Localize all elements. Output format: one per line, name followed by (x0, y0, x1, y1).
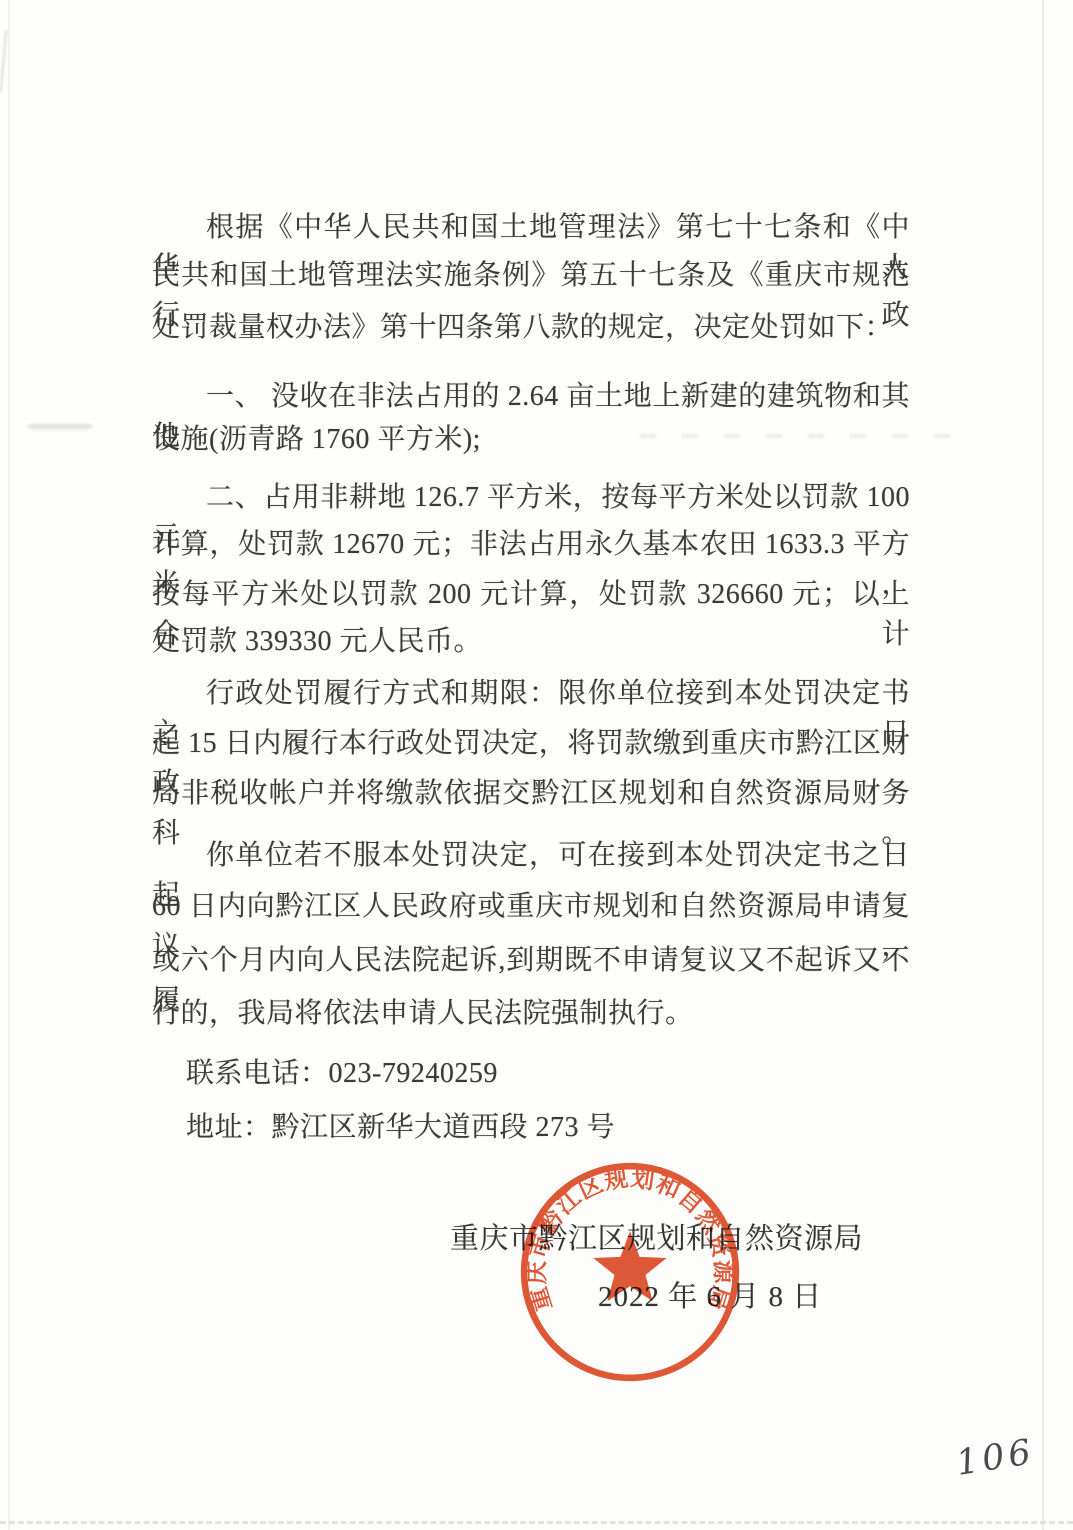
body-line: 处罚款 339330 元人民币。 (152, 622, 910, 662)
body-line: 设施(沥青路 1760 平方米); (152, 420, 910, 460)
official-seal-stamp: 重庆市黔江区规划和自然资源局 (516, 1158, 744, 1386)
scan-bottom-edge-line (0, 1521, 1073, 1524)
body-line: 行的，我局将依法申请人民法院强制执行。 (152, 994, 910, 1034)
scan-smudge (0, 30, 8, 92)
contact-phone-line: 联系电话：023-79240259 (152, 1054, 910, 1094)
scanned-document-page: 根据《中华人民共和国土地管理法》第七十七条和《中华人 民共和国土地管理法实施条例… (0, 0, 1073, 1530)
scan-smudge (28, 424, 92, 429)
handwritten-page-number: 106 (953, 1432, 1037, 1484)
contact-address-line: 地址：黔江区新华大道西段 273 号 (152, 1108, 910, 1148)
star-icon (593, 1231, 666, 1301)
scan-right-edge-line (1042, 0, 1044, 1530)
body-line: 处罚裁量权办法》第十四条第八款的规定，决定处罚如下： (152, 308, 910, 348)
scan-left-edge-line (8, 0, 10, 1530)
